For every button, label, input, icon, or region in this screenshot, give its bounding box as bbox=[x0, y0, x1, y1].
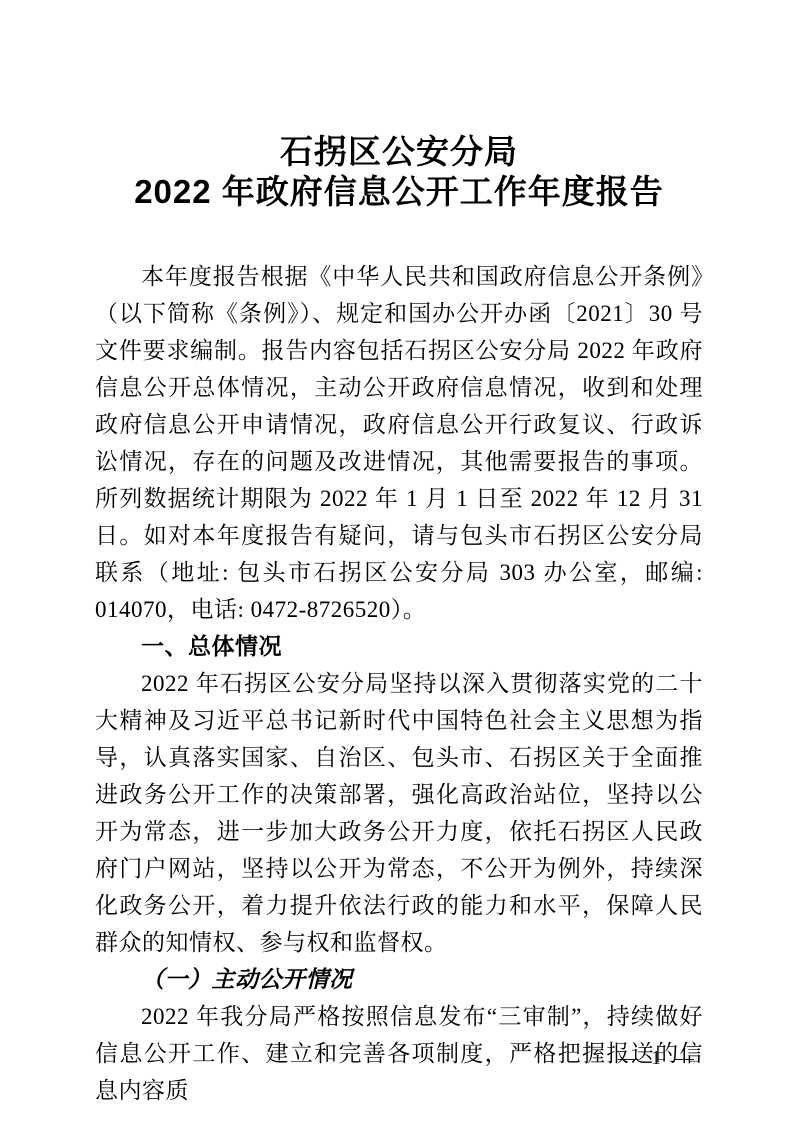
document-title-line-1: 石拐区公安分局 bbox=[95, 132, 703, 172]
page-number: — 1 — bbox=[618, 1047, 698, 1070]
document-title-line-2: 2022 年政府信息公开工作年度报告 bbox=[95, 172, 703, 212]
document-page: 石拐区公安分局 2022 年政府信息公开工作年度报告 本年度报告根据《中华人民共… bbox=[0, 0, 793, 1122]
paragraph-intro: 本年度报告根据《中华人民共和国政府信息公开条例》（以下简称《条例》）、规定和国办… bbox=[95, 258, 703, 628]
subsection-heading-proactive-disclosure: （一）主动公开情况 bbox=[95, 961, 703, 998]
section-heading-overall-situation: 一、总体情况 bbox=[95, 628, 703, 665]
document-title: 石拐区公安分局 2022 年政府信息公开工作年度报告 bbox=[95, 132, 703, 212]
paragraph-overall-situation: 2022 年石拐区公安分局坚持以深入贯彻落实党的二十大精神及习近平总书记新时代中… bbox=[95, 665, 703, 961]
document-content: 石拐区公安分局 2022 年政府信息公开工作年度报告 本年度报告根据《中华人民共… bbox=[95, 132, 703, 1109]
paragraph-proactive-disclosure: 2022 年我分局严格按照信息发布“三审制”，持续做好信息公开工作、建立和完善各… bbox=[95, 998, 703, 1109]
